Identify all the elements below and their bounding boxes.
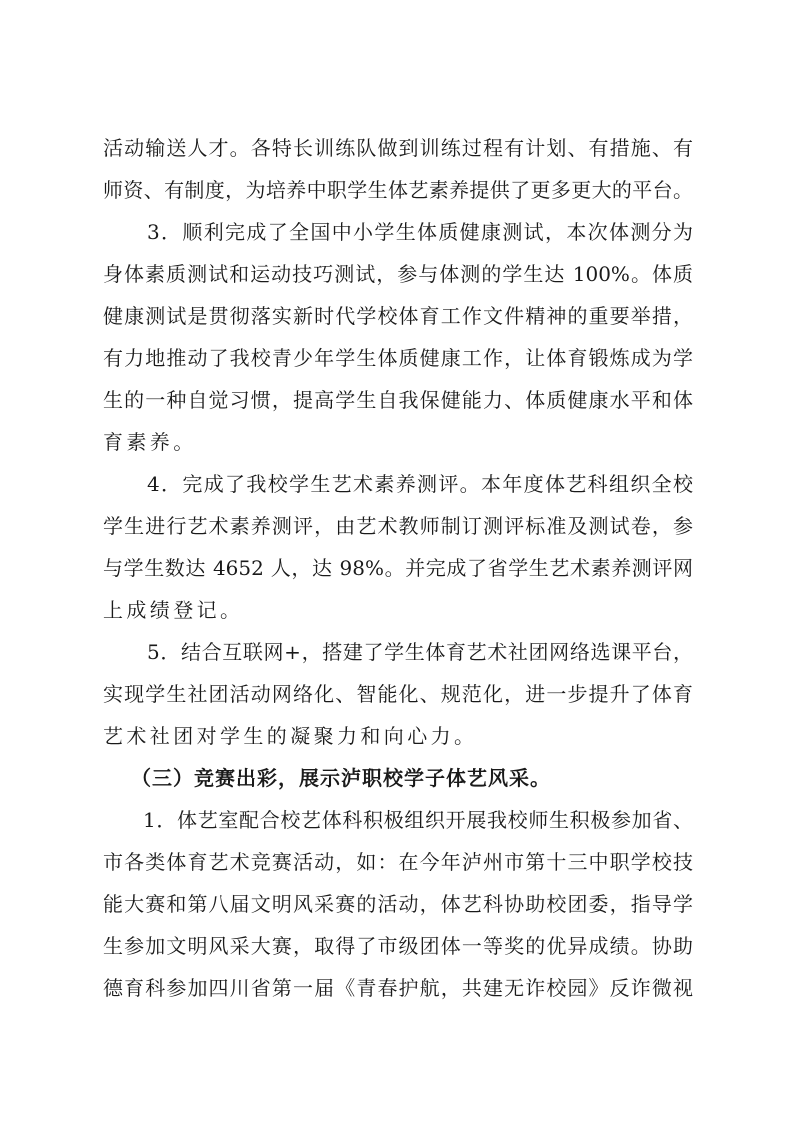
- paragraph-line: 健康测试是贯彻落实新时代学校体育工作文件精神的重要举措，: [103, 295, 693, 337]
- list-item-5-start: 5．结合互联网+，搭建了学生体育艺术社团网络选课平台，: [103, 631, 693, 673]
- section-heading: （三）竞赛出彩，展示泸职校学子体艺风采。: [103, 757, 693, 799]
- paragraph-line: 身体素质测试和运动技巧测试，参与体测的学生达 100%。体质: [103, 253, 693, 295]
- paragraph-line: 能大赛和第八届文明风采赛的活动，体艺科协助校团委，指导学: [103, 883, 693, 925]
- paragraph-line: 与学生数达 4652 人，达 98%。并完成了省学生艺术素养测评网: [103, 547, 693, 589]
- paragraph-line: 活动输送人才。各特长训练队做到训练过程有计划、有措施、有: [103, 127, 693, 169]
- paragraph-line: 实现学生社团活动网络化、智能化、规范化，进一步提升了体育: [103, 673, 693, 715]
- paragraph-line: 学生进行艺术素养测评，由艺术教师制订测评标准及测试卷，参: [103, 505, 693, 547]
- paragraph-line: 有力地推动了我校青少年学生体质健康工作，让体育锻炼成为学: [103, 337, 693, 379]
- list-item-3-start: 3．顺利完成了全国中小学生体质健康测试，本次体测分为: [103, 211, 693, 253]
- paragraph-line-end: 上成绩登记。: [103, 589, 693, 631]
- paragraph-line-end: 艺术社团对学生的凝聚力和向心力。: [103, 715, 693, 757]
- paragraph-line-end: 育素养。: [103, 421, 693, 463]
- document-body: 活动输送人才。各特长训练队做到训练过程有计划、有措施、有 师资、有制度，为培养中…: [103, 127, 693, 1009]
- document-page: 活动输送人才。各特长训练队做到训练过程有计划、有措施、有 师资、有制度，为培养中…: [0, 0, 793, 1122]
- paragraph-line: 生的一种自觉习惯，提高学生自我保健能力、体质健康水平和体: [103, 379, 693, 421]
- paragraph-line: 德育科参加四川省第一届《青春护航，共建无诈校园》反诈微视: [103, 967, 693, 1009]
- list-item-4-start: 4．完成了我校学生艺术素养测评。本年度体艺科组织全校: [103, 463, 693, 505]
- paragraph-line: 生参加文明风采大赛，取得了市级团体一等奖的优异成绩。协助: [103, 925, 693, 967]
- paragraph-line: 师资、有制度，为培养中职学生体艺素养提供了更多更大的平台。: [103, 169, 693, 211]
- paragraph-line: 市各类体育艺术竞赛活动，如：在今年泸州市第十三中职学校技: [103, 841, 693, 883]
- list-item-1-start: 1．体艺室配合校艺体科积极组织开展我校师生积极参加省、: [103, 799, 693, 841]
